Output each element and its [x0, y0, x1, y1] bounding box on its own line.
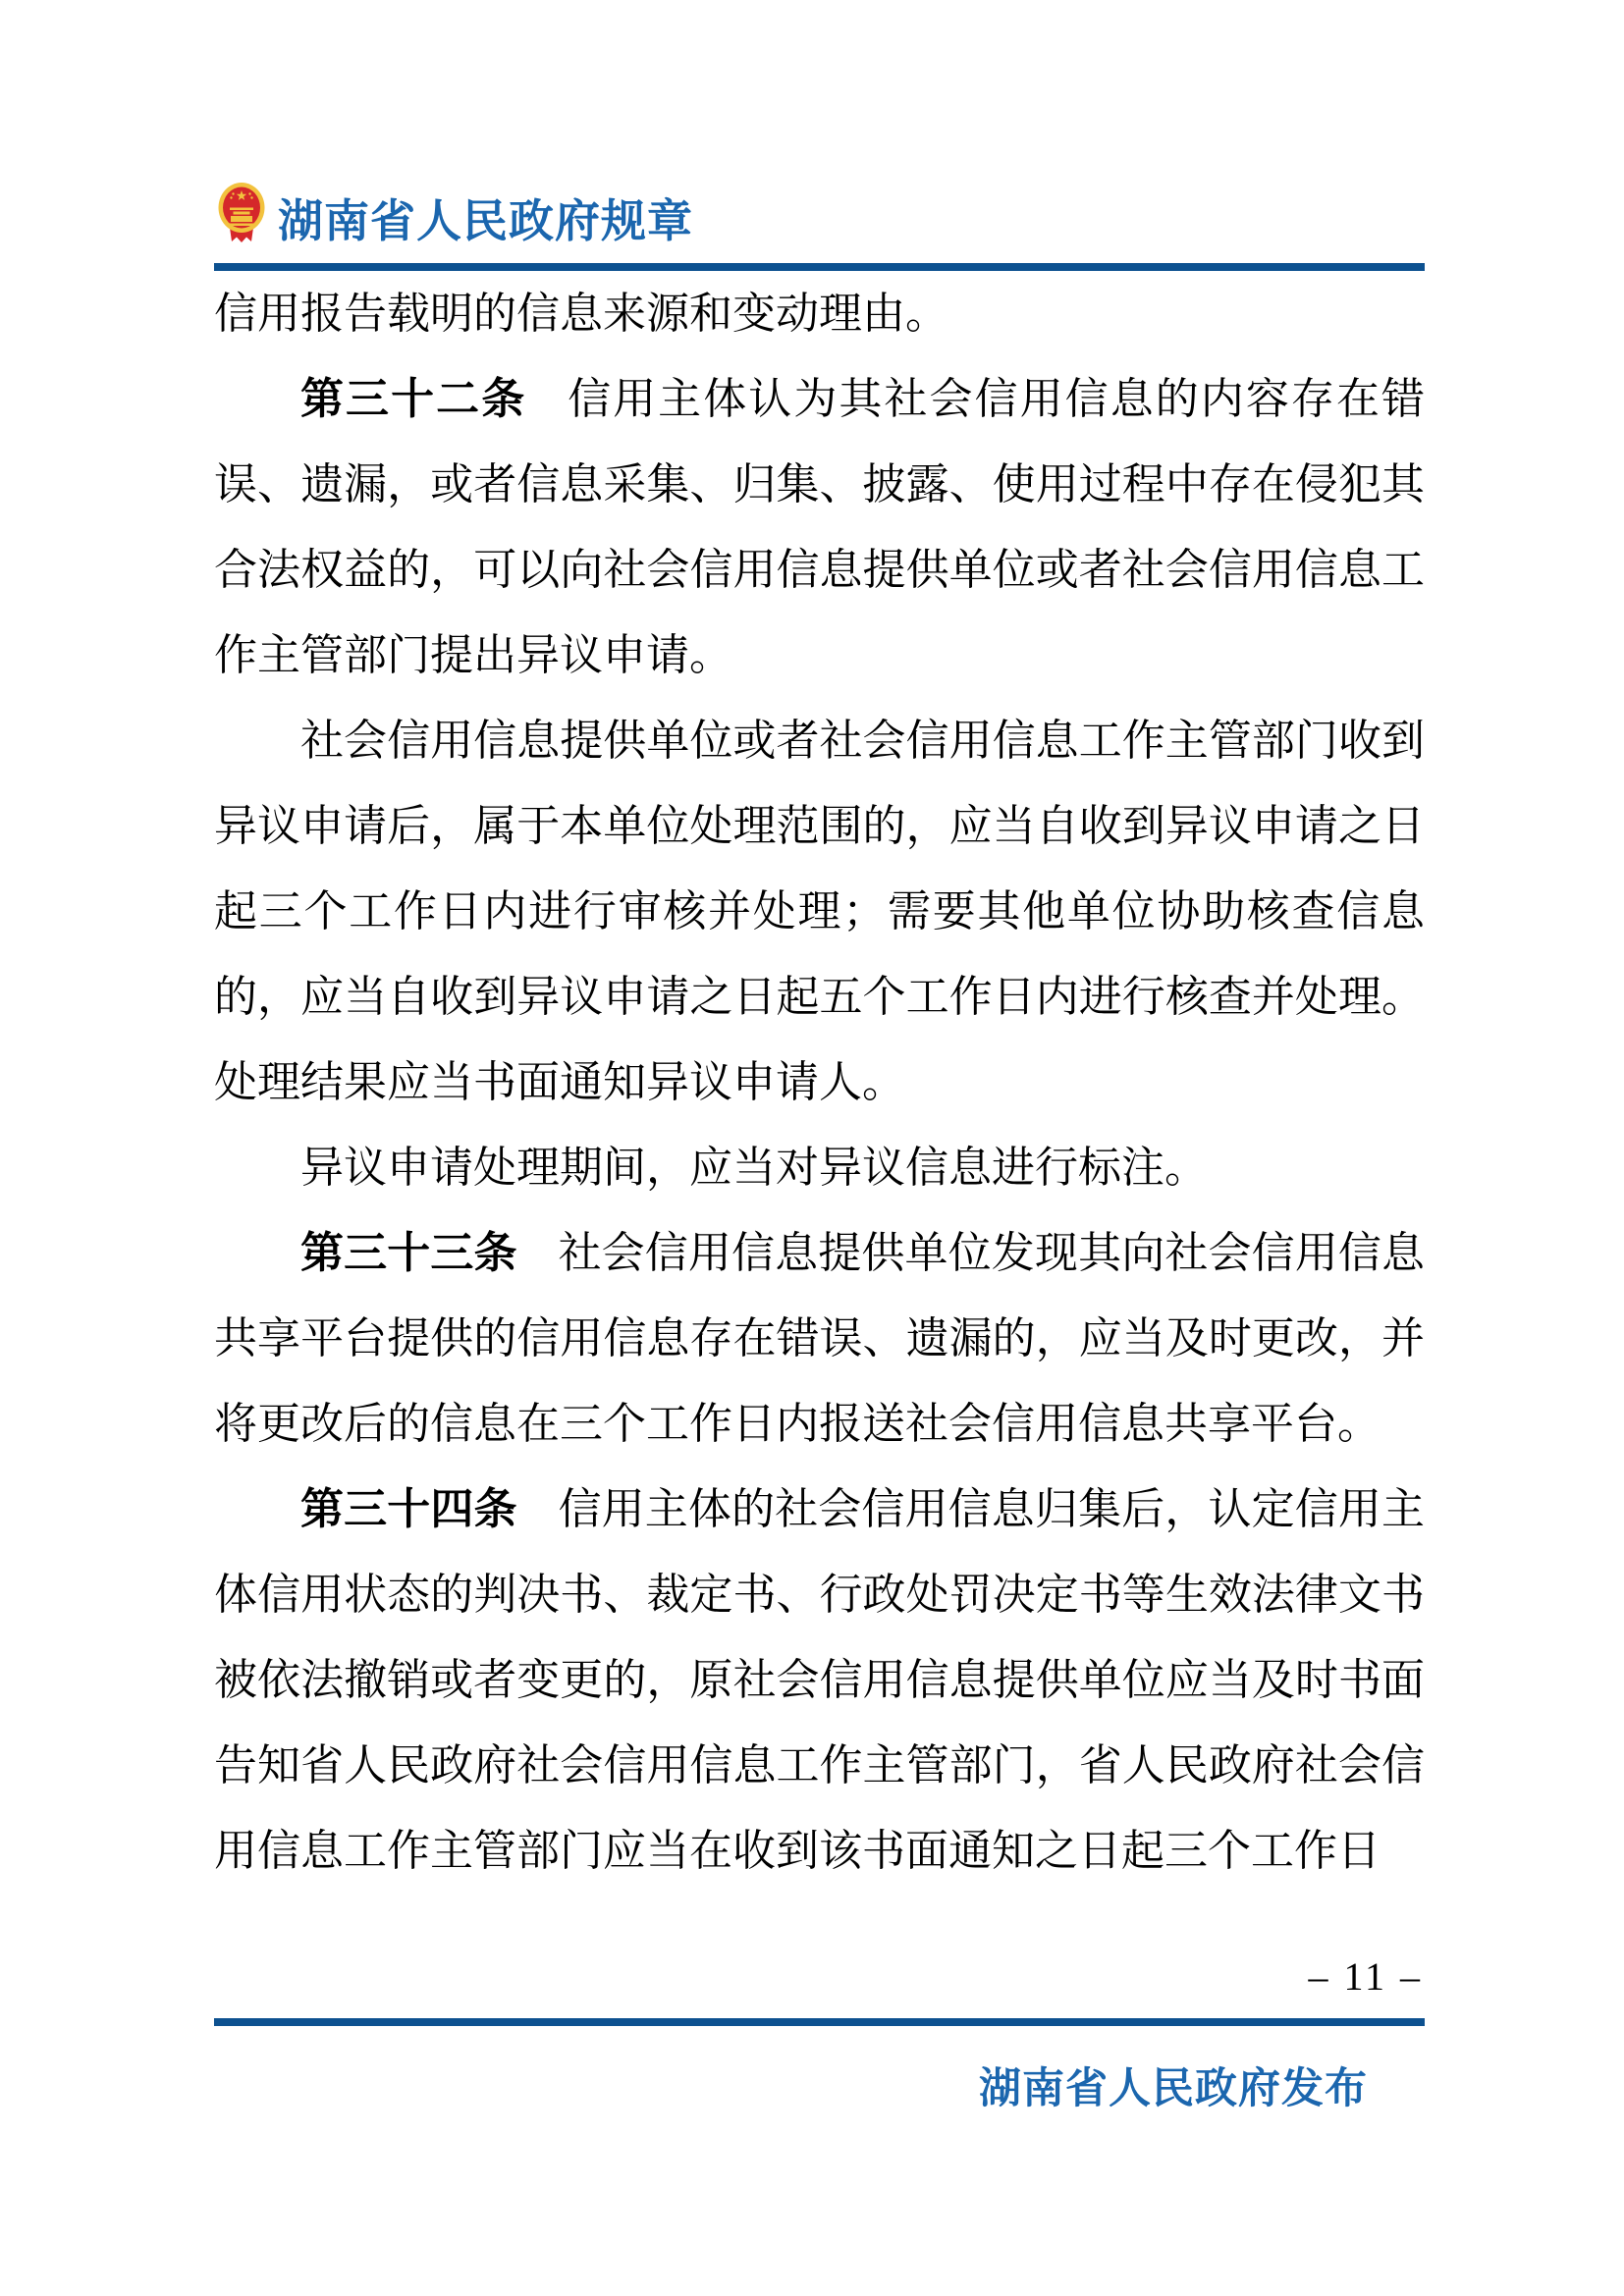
- paragraph: 第三十四条信用主体的社会信用信息归集后，认定信用主体信用状态的判决书、裁定书、行…: [214, 1467, 1425, 1894]
- document-page: 湖南省人民政府规章 信用报告载明的信息来源和变动理由。 第三十二条信用主体认为其…: [0, 0, 1624, 2296]
- paragraph-text: 信用报告载明的信息来源和变动理由。: [214, 290, 948, 338]
- page-title: 湖南省人民政府规章: [278, 186, 693, 250]
- article-number: 第三十四条: [300, 1484, 517, 1534]
- document-body: 信用报告载明的信息来源和变动理由。 第三十二条信用主体认为其社会信用信息的内容存…: [214, 271, 1425, 1894]
- paragraph: 第三十二条信用主体认为其社会信用信息的内容存在错误、遗漏，或者信息采集、归集、披…: [214, 356, 1425, 698]
- footer-divider: [214, 2018, 1425, 2026]
- paragraph: 社会信用信息提供单位或者社会信用信息工作主管部门收到异议申请后，属于本单位处理范…: [214, 698, 1425, 1125]
- article-number: 第三十二条: [300, 374, 526, 424]
- article-number: 第三十三条: [300, 1228, 517, 1278]
- paragraph: 异议申请处理期间，应当对异议信息进行标注。: [214, 1125, 1425, 1210]
- publisher-label: 湖南省人民政府发布: [979, 2056, 1368, 2115]
- header-divider: [214, 263, 1425, 271]
- paragraph-text: 社会信用信息提供单位或者社会信用信息工作主管部门收到异议申请后，属于本单位处理范…: [214, 717, 1425, 1106]
- paragraph: 信用报告载明的信息来源和变动理由。: [214, 271, 1425, 356]
- national-emblem-icon: [217, 181, 266, 243]
- page-number: – 11 –: [1308, 1953, 1423, 2000]
- paragraph-text: 异议申请处理期间，应当对异议信息进行标注。: [300, 1144, 1208, 1192]
- paragraph-text: 信用主体的社会信用信息归集后，认定信用主体信用状态的判决书、裁定书、行政处罚决定…: [214, 1485, 1425, 1875]
- paragraph: 第三十三条社会信用信息提供单位发现其向社会信用信息共享平台提供的信用信息存在错误…: [214, 1210, 1425, 1467]
